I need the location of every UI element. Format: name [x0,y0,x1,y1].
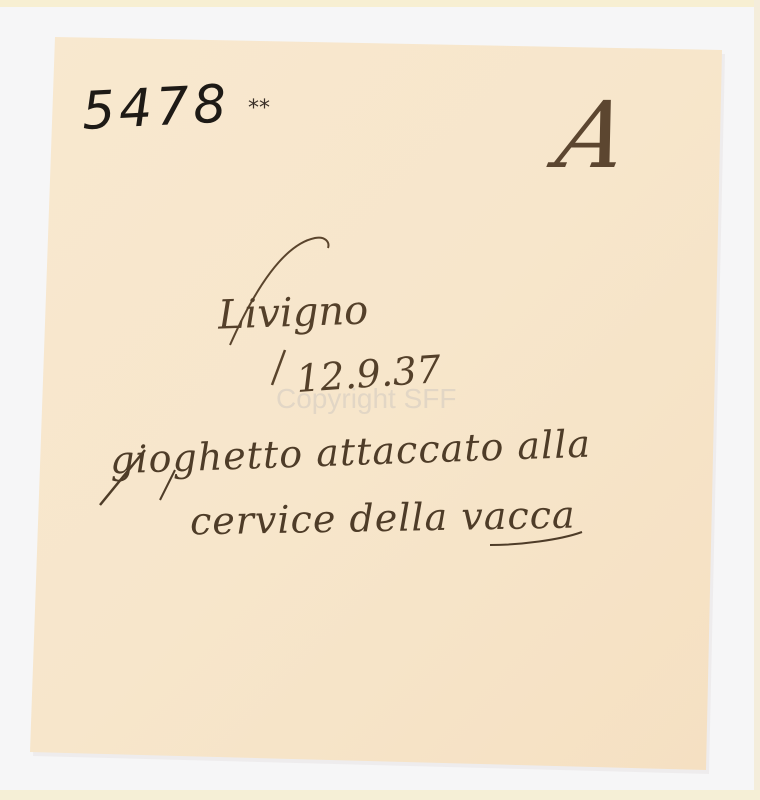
copyright-watermark: Copyright SFF [276,383,457,415]
place-name: Livigno [217,287,369,338]
catalog-number: 5478 [80,74,231,142]
description-line-2: cervice della vacca [190,493,576,544]
catalog-marks: ** [248,96,270,121]
